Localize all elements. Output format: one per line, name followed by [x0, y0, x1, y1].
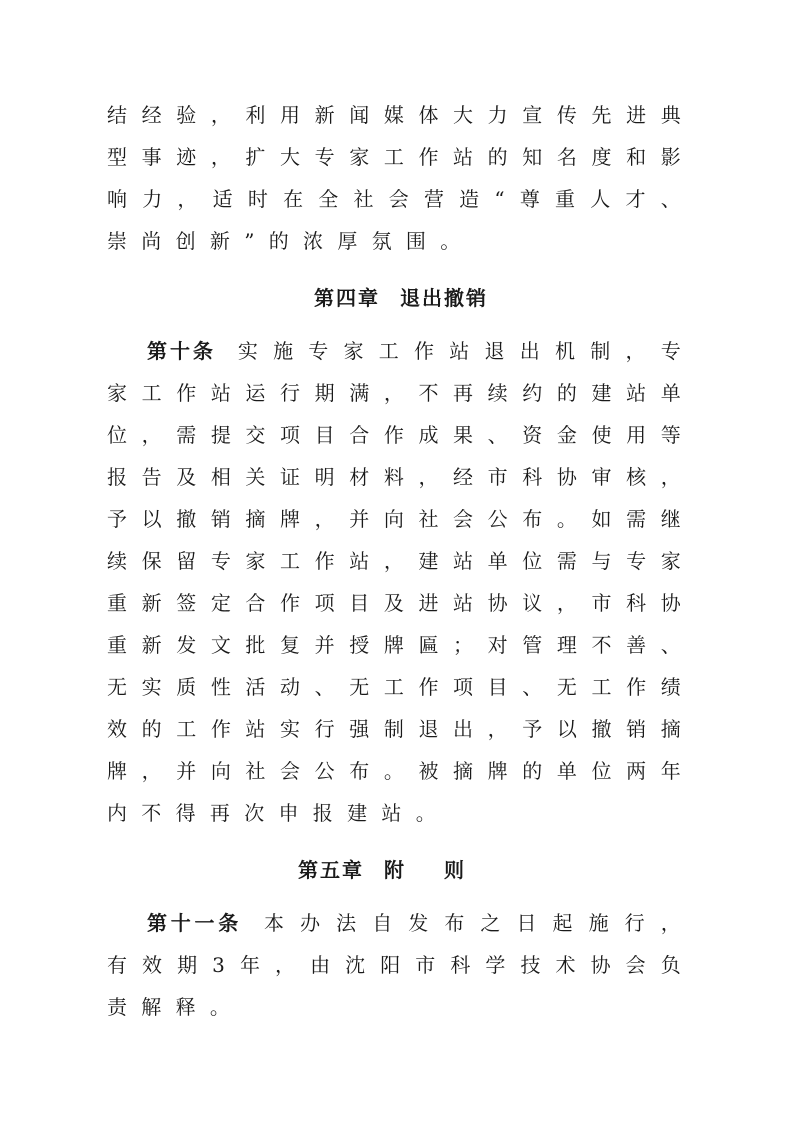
article-paragraph: 第十一条本办法自发布之日起施行，有效期3年，由沈阳市科学技术协会负责解释。 — [107, 902, 695, 1028]
article-paragraph: 第十条实施专家工作站退出机制，专家工作站运行期满，不再续约的建站单位，需提交项目… — [107, 330, 695, 834]
continuation-paragraph: 结经验，利用新闻媒体大力宣传先进典型事迹，扩大专家工作站的知名度和影响力，适时在… — [107, 94, 695, 262]
chapter-title: 附则 — [384, 858, 504, 882]
article-number: 第十一条 — [147, 911, 242, 935]
article-text: 实施专家工作站退出机制，专家工作站运行期满，不再续约的建站单位，需提交项目合作成… — [107, 339, 695, 825]
document-page: 结经验，利用新闻媒体大力宣传先进典型事迹，扩大专家工作站的知名度和影响力，适时在… — [107, 94, 695, 1028]
chapter-heading-5: 第五章附则 — [107, 840, 695, 902]
chapter-number: 第四章 — [314, 286, 380, 310]
chapter-heading-4: 第四章退出撤销 — [107, 268, 695, 330]
chapter-title: 退出撤销 — [400, 286, 488, 310]
article-number: 第十条 — [147, 339, 216, 363]
chapter-number: 第五章 — [298, 858, 364, 882]
